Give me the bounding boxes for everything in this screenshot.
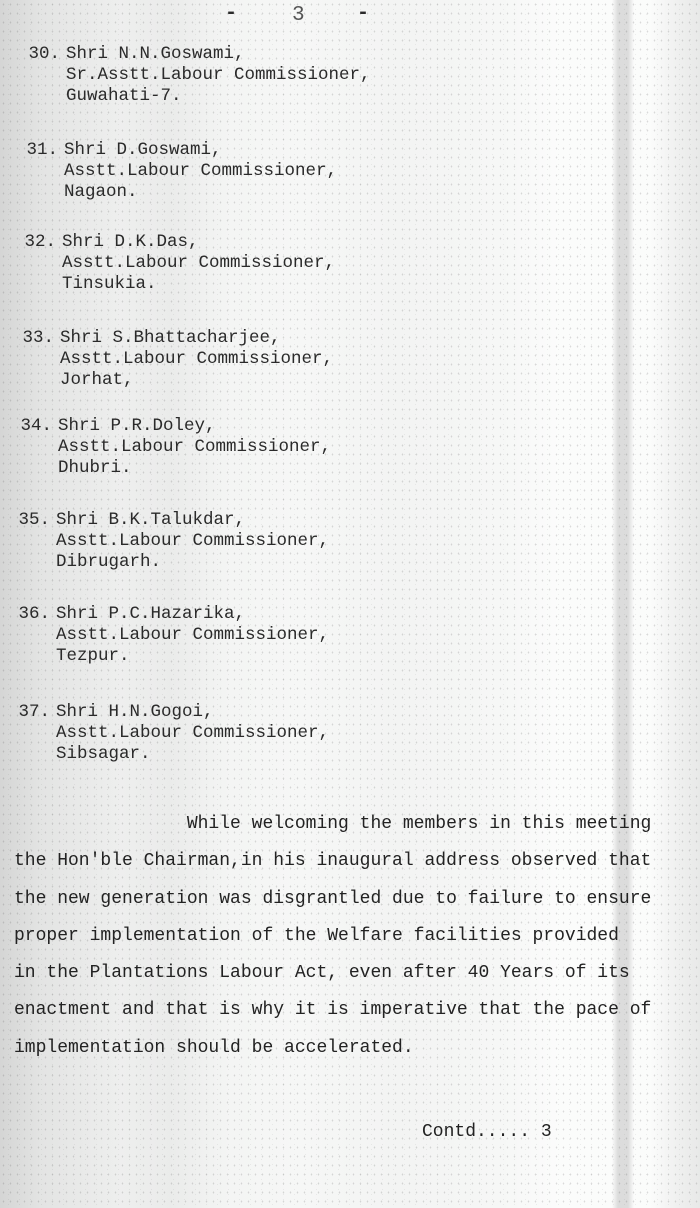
paragraph-line: in the Plantations Labour Act, even afte… bbox=[14, 955, 694, 992]
member-place: Jorhat, bbox=[60, 370, 333, 391]
entry-number: 37. bbox=[0, 702, 50, 723]
paragraph-line: While welcoming the members in this meet… bbox=[14, 806, 694, 843]
continuation-note: Contd..... 3 bbox=[422, 1122, 552, 1142]
entry-number: 33. bbox=[0, 328, 54, 349]
member-name: Shri D.Goswami, bbox=[64, 140, 337, 161]
member-name: Shri D.K.Das, bbox=[62, 232, 335, 253]
member-place: Tinsukia. bbox=[62, 274, 335, 295]
member-designation: Asstt.Labour Commissioner, bbox=[62, 253, 335, 274]
header-dash-right: - bbox=[357, 2, 369, 25]
page-number: 3 bbox=[292, 4, 305, 27]
paragraph-line: the new generation was disgrantled due t… bbox=[14, 881, 694, 918]
page-header: - 3 - bbox=[0, 2, 700, 28]
member-designation: Asstt.Labour Commissioner, bbox=[56, 625, 329, 646]
member-name: Shri P.R.Doley, bbox=[58, 416, 331, 437]
member-name: Shri N.N.Goswami, bbox=[66, 44, 371, 65]
entry-number: 36. bbox=[0, 604, 50, 625]
member-designation: Asstt.Labour Commissioner, bbox=[56, 531, 329, 552]
member-designation: Asstt.Labour Commissioner, bbox=[64, 161, 337, 182]
member-place: Dhubri. bbox=[58, 458, 331, 479]
body-paragraph: While welcoming the members in this meet… bbox=[14, 806, 694, 1067]
member-place: Nagaon. bbox=[64, 182, 337, 203]
member-name: Shri P.C.Hazarika, bbox=[56, 604, 329, 625]
entry-number: 34. bbox=[0, 416, 52, 437]
member-place: Tezpur. bbox=[56, 646, 329, 667]
member-designation: Asstt.Labour Commissioner, bbox=[56, 723, 329, 744]
entry-number: 30. bbox=[0, 44, 60, 65]
entry-number: 35. bbox=[0, 510, 50, 531]
member-place: Guwahati-7. bbox=[66, 86, 371, 107]
member-name: Shri H.N.Gogoi, bbox=[56, 702, 329, 723]
entry-number: 32. bbox=[0, 232, 56, 253]
member-name: Shri S.Bhattacharjee, bbox=[60, 328, 333, 349]
entry-number: 31. bbox=[0, 140, 58, 161]
paragraph-line: the Hon'ble Chairman,in his inaugural ad… bbox=[14, 843, 694, 880]
paragraph-line: enactment and that is why it is imperati… bbox=[14, 992, 694, 1029]
paragraph-line: proper implementation of the Welfare fac… bbox=[14, 918, 694, 955]
member-place: Dibrugarh. bbox=[56, 552, 329, 573]
member-designation: Asstt.Labour Commissioner, bbox=[58, 437, 331, 458]
header-dash-left: - bbox=[225, 2, 237, 25]
paragraph-line: implementation should be accelerated. bbox=[14, 1030, 694, 1067]
member-designation: Asstt.Labour Commissioner, bbox=[60, 349, 333, 370]
member-name: Shri B.K.Talukdar, bbox=[56, 510, 329, 531]
member-place: Sibsagar. bbox=[56, 744, 329, 765]
member-designation: Sr.Asstt.Labour Commissioner, bbox=[66, 65, 371, 86]
